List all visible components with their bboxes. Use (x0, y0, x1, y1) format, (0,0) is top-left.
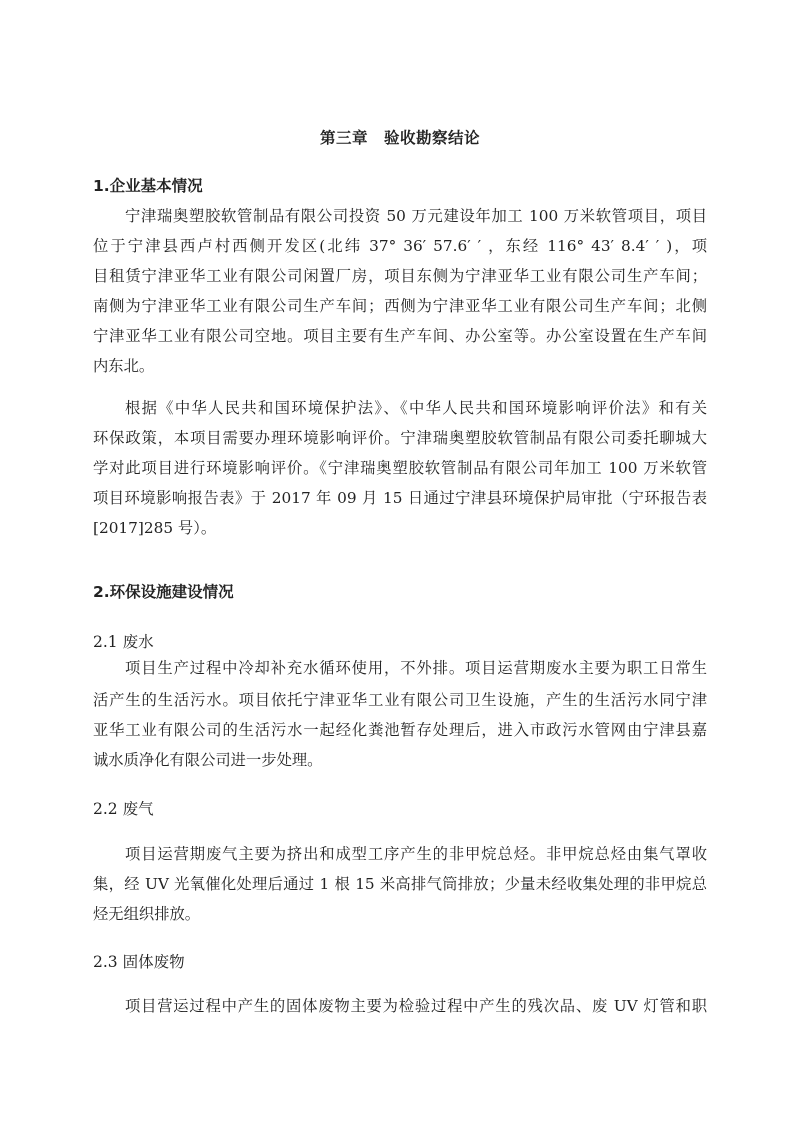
paragraph-line: 南侧为宁津亚华工业有限公司生产车间；西侧为宁津亚华工业有限公司生产车间；北侧 (93, 296, 707, 316)
section-heading-2: 2.环保设施建设情况 (93, 580, 234, 602)
paragraph-line: 活产生的生活污水。项目依托宁津亚华工业有限公司卫生设施，产生的生活污水同宁津 (93, 690, 707, 710)
paragraph-line: 诚水质净化有限公司进一步处理。 (93, 750, 707, 770)
paragraph-line: 学对此项目进行环境影响评价。《宁津瑞奥塑胶软管制品有限公司年加工 100 万米软… (93, 458, 707, 478)
paragraph-line: 根据《中华人民共和国环境保护法》、《中华人民共和国环境影响评价法》和有关 (125, 398, 707, 418)
paragraph-line: 项目营运过程中产生的固体废物主要为检验过程中产生的残次品、废 UV 灯管和职 (125, 996, 707, 1016)
paragraph-line: 项目运营期废气主要为挤出和成型工序产生的非甲烷总烃。非甲烷总烃由集气罩收 (125, 844, 707, 864)
subsection-heading-2-3: 2.3 固体废物 (93, 950, 185, 972)
paragraph-line: 目租赁宁津亚华工业有限公司闲置厂房，项目东侧为宁津亚华工业有限公司生产车间； (93, 266, 707, 286)
paragraph-line: 宁津亚华工业有限公司空地。项目主要有生产车间、办公室等。办公室设置在生产车间 (93, 326, 707, 346)
paragraph-line: 环保政策，本项目需要办理环境影响评价。宁津瑞奥塑胶软管制品有限公司委托聊城大 (93, 428, 707, 448)
paragraph-line: 亚华工业有限公司的生活污水一起经化粪池暂存处理后，进入市政污水管网由宁津县嘉 (93, 720, 707, 740)
paragraph-line: 内东北。 (93, 356, 707, 376)
paragraph-line: 项目生产过程中冷却补充水循环使用，不外排。项目运营期废水主要为职工日常生 (125, 658, 707, 678)
paragraph-line: 集，经 UV 光氧催化处理后通过 1 根 15 米高排气筒排放；少量未经收集处理… (93, 874, 707, 894)
subsection-heading-2-2: 2.2 废气 (93, 797, 154, 819)
paragraph-line: [2017]285 号）。 (93, 518, 707, 538)
subsection-heading-2-1: 2.1 废水 (93, 630, 154, 652)
section-heading-1: 1.企业基本情况 (93, 174, 203, 196)
paragraph-line: 烃无组织排放。 (93, 904, 707, 924)
paragraph-line: 宁津瑞奥塑胶软管制品有限公司投资 50 万元建设年加工 100 万米软管项目，项… (125, 206, 707, 226)
paragraph-line: 项目环境影响报告表》于 2017 年 09 月 15 日通过宁津县环境保护局审批… (93, 488, 707, 508)
chapter-title: 第三章 验收勘察结论 (93, 126, 707, 148)
paragraph-line: 位于宁津县西卢村西侧开发区(北纬 37° 36′ 57.6′ ′ ，东经 116… (93, 236, 707, 256)
